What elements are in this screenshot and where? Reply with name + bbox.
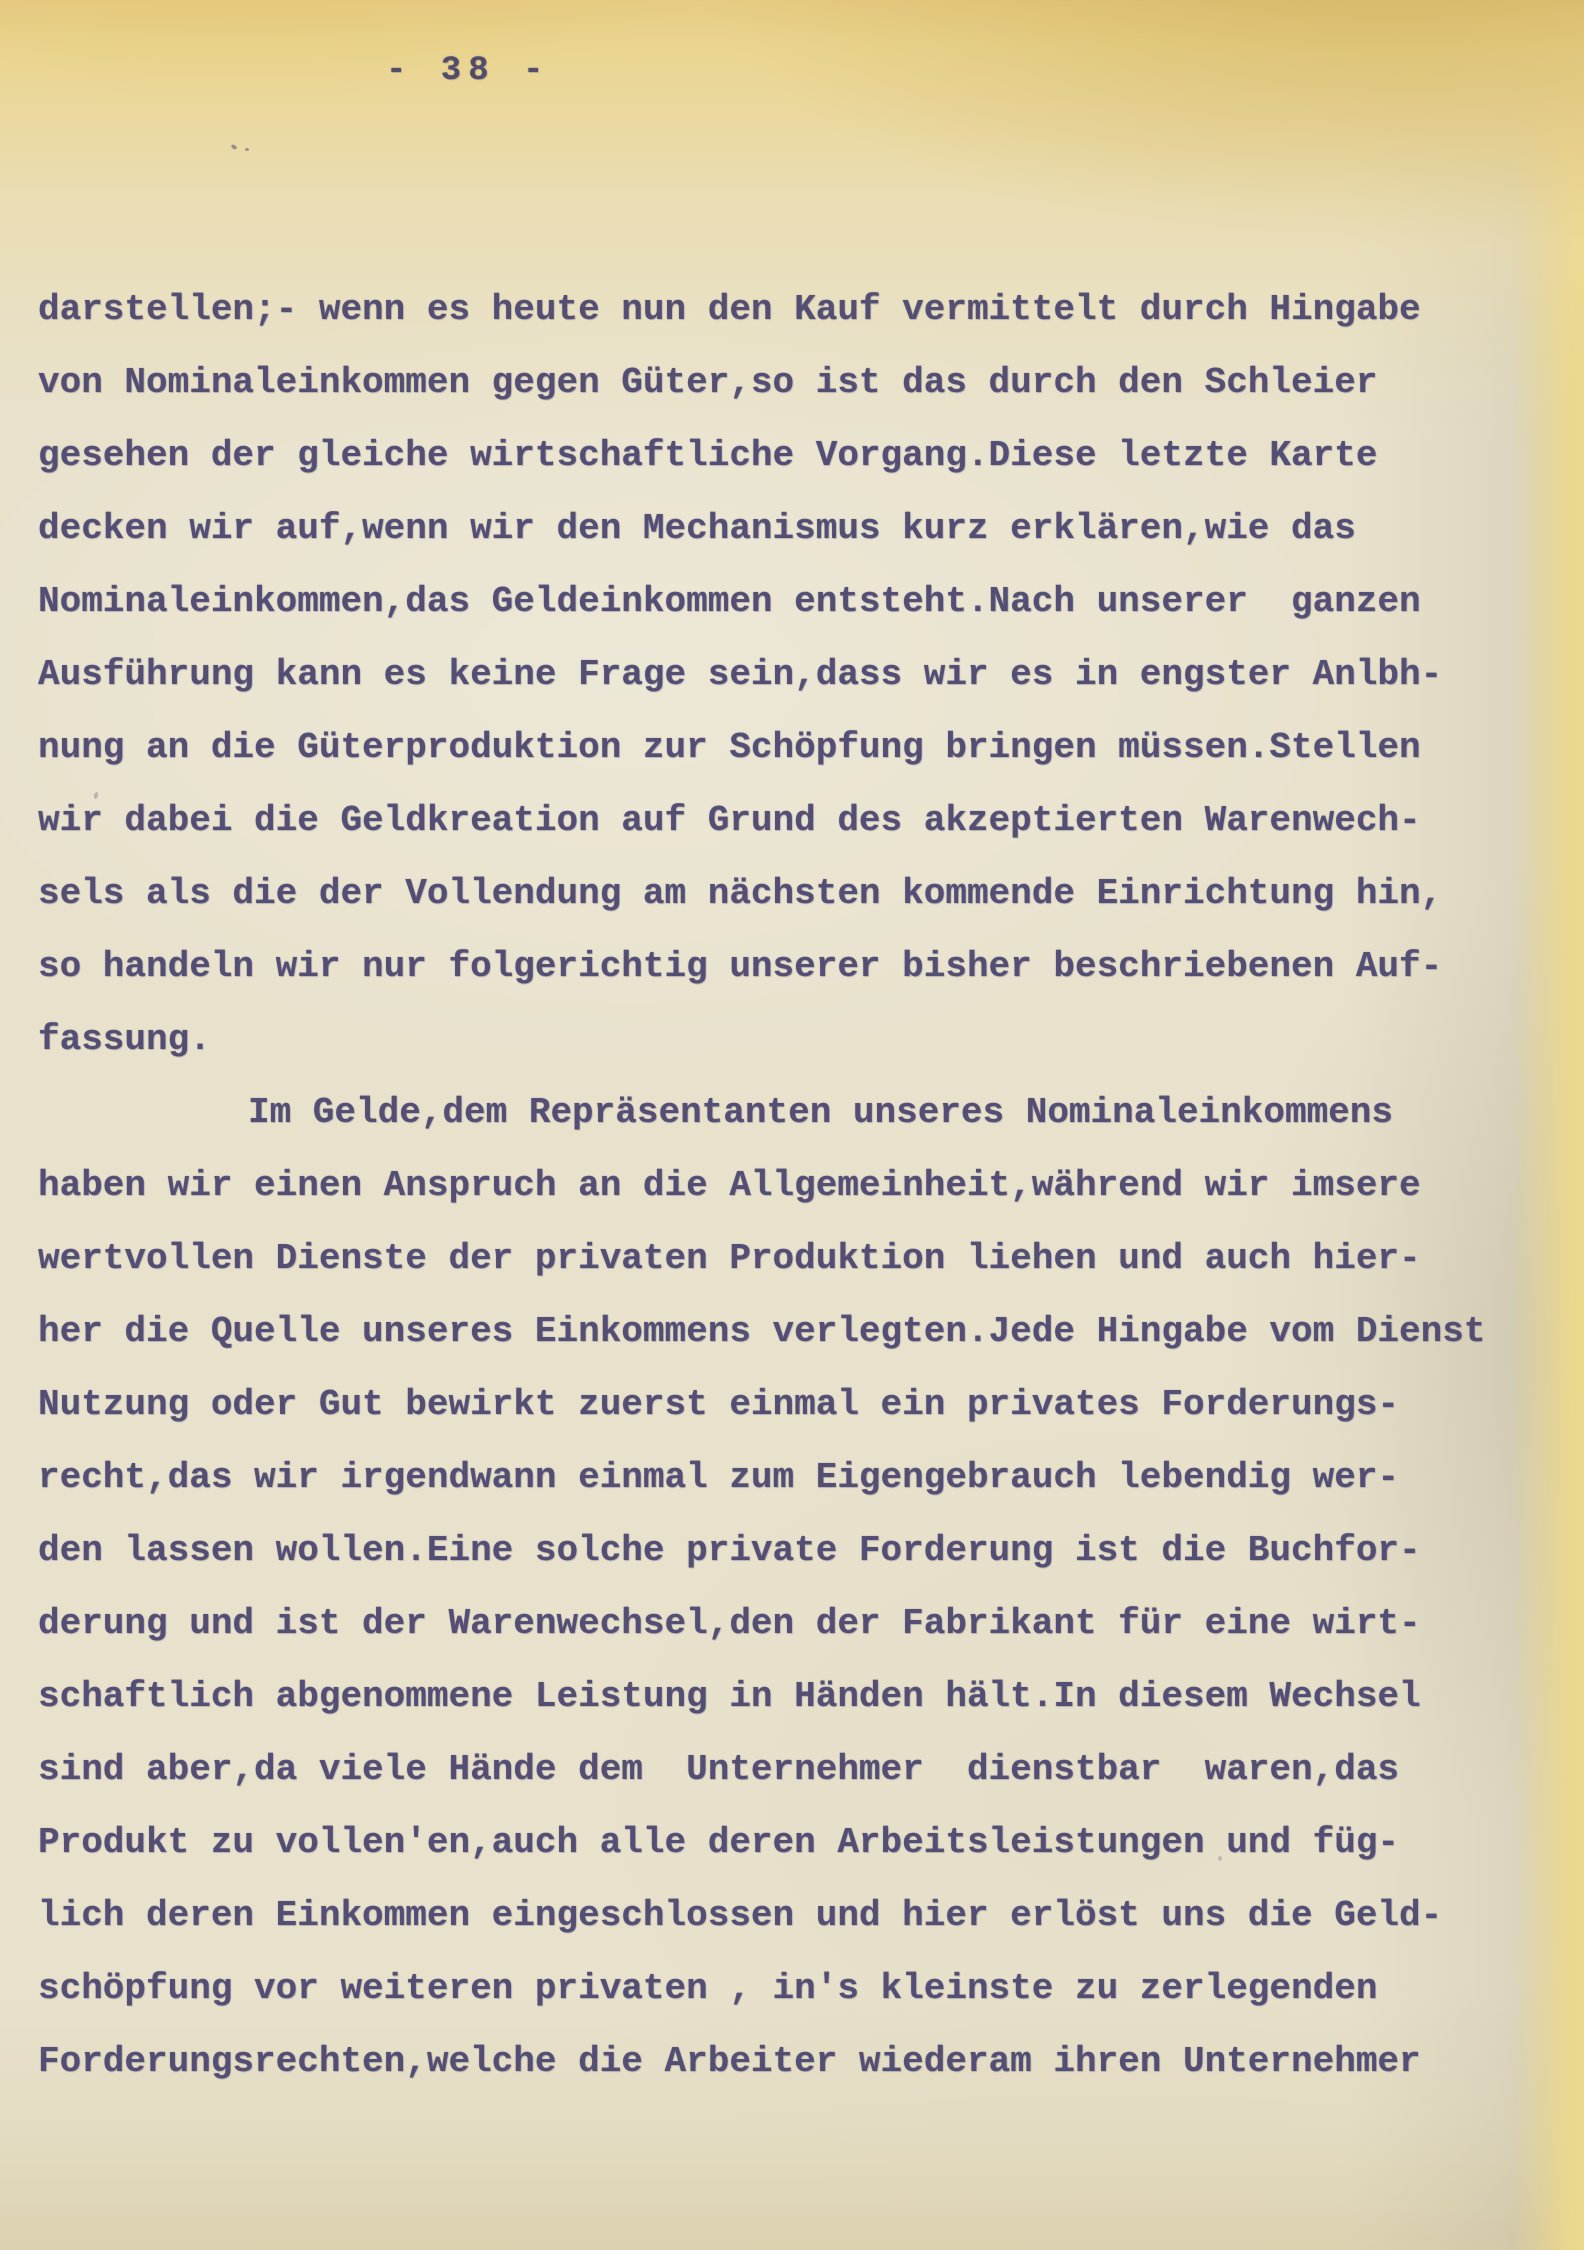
typescript-line: sels als die der Vollendung am nächsten … <box>38 857 1558 930</box>
typescript-line: darstellen;- wenn es heute nun den Kauf … <box>38 273 1558 346</box>
typescript-line: Im Gelde,dem Repräsentanten unseres Nomi… <box>38 1076 1558 1149</box>
typescript-line: gesehen der gleiche wirtschaftliche Vorg… <box>38 419 1558 492</box>
typescript-line: recht,das wir irgendwann einmal zum Eige… <box>38 1441 1558 1514</box>
typescript-line: lich deren Einkommen eingeschlossen und … <box>38 1879 1558 1952</box>
typescript-line: wir dabei die Geldkreation auf Grund des… <box>38 784 1558 857</box>
typescript-line: nung an die Güterproduktion zur Schöpfun… <box>38 711 1558 784</box>
typescript-line: haben wir einen Anspruch an die Allgemei… <box>38 1149 1558 1222</box>
typescript-line: schaftlich abgenommene Leistung in Hände… <box>38 1660 1558 1733</box>
typescript-line: von Nominaleinkommen gegen Güter,so ist … <box>38 346 1558 419</box>
typescript-line: Nutzung oder Gut bewirkt zuerst einmal e… <box>38 1368 1558 1441</box>
ink-speck <box>245 148 249 151</box>
typescript-line: den lassen wollen.Eine solche private Fo… <box>38 1514 1558 1587</box>
typescript-paragraph: darstellen;- wenn es heute nun den Kauf … <box>38 273 1558 1076</box>
typescript-line: Produkt zu vollen'en,auch alle deren Arb… <box>38 1806 1558 1879</box>
typescript-line: her die Quelle unseres Einkommens verleg… <box>38 1295 1558 1368</box>
typescript-block: darstellen;- wenn es heute nun den Kauf … <box>38 273 1558 2098</box>
typescript-line: so handeln wir nur folgerichtig unserer … <box>38 930 1558 1003</box>
typescript-line: schöpfung vor weiteren privaten , in's k… <box>38 1952 1558 2025</box>
typescript-line: decken wir auf,wenn wir den Mechanismus … <box>38 492 1558 565</box>
typescript-line: fassung. <box>38 1003 1558 1076</box>
typescript-line: wertvollen Dienste der privaten Produkti… <box>38 1222 1558 1295</box>
typescript-line: Forderungsrechten,welche die Arbeiter wi… <box>38 2025 1558 2098</box>
typescript-line: Ausführung kann es keine Frage sein,dass… <box>38 638 1558 711</box>
typescript-line: Nominaleinkommen,das Geldeinkommen entst… <box>38 565 1558 638</box>
page-number: - 38 - <box>386 52 550 90</box>
typescript-line: sind aber,da viele Hände dem Unternehmer… <box>38 1733 1558 1806</box>
typescript-line: derung und ist der Warenwechsel,den der … <box>38 1587 1558 1660</box>
typescript-paragraph: Im Gelde,dem Repräsentanten unseres Nomi… <box>38 1076 1558 2098</box>
